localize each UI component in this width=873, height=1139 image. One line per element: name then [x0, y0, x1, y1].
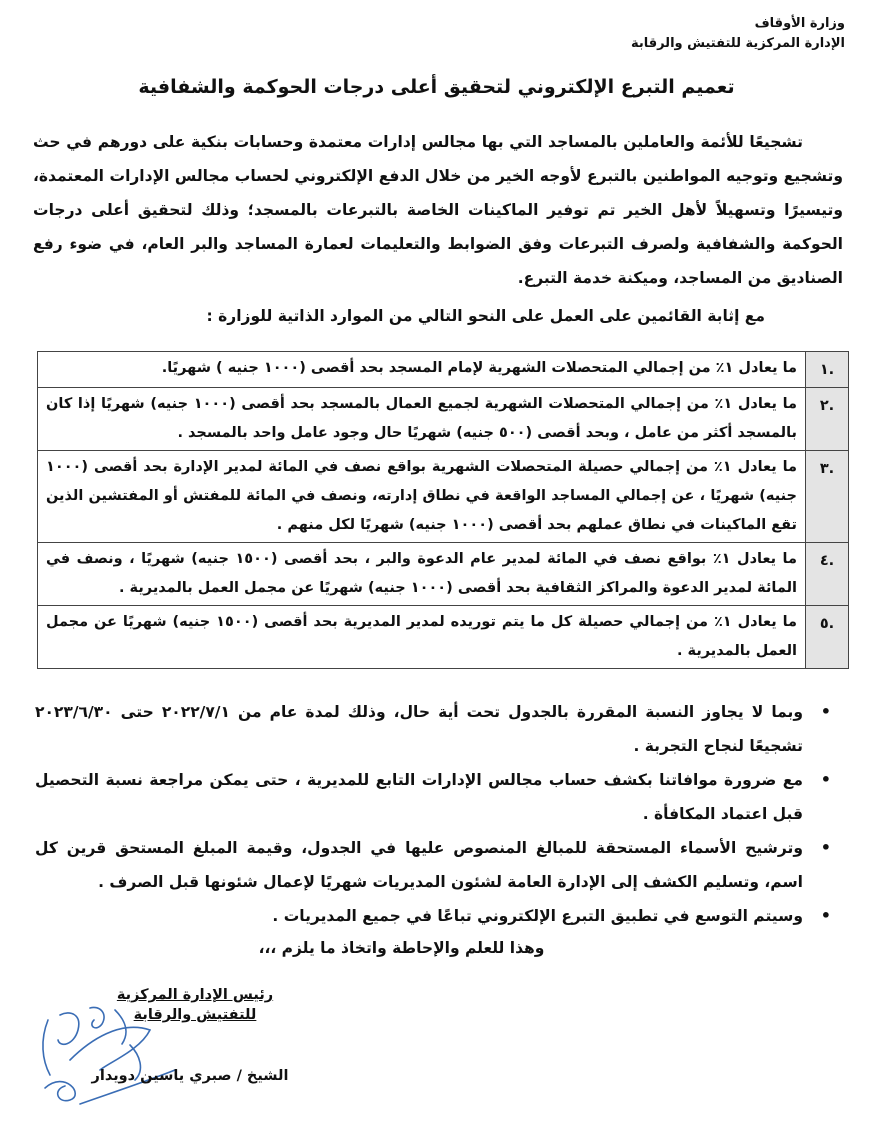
table-row: .٢ ما يعادل ١٪ من إجمالي المتحصلات الشهر…: [38, 388, 849, 451]
closing-line: وهذا للعلم والإحاطة واتخاذ ما يلزم ،،،: [0, 939, 873, 957]
row-text: ما يعادل ١٪ من إجمالي حصيلة المتحصلات ال…: [38, 451, 806, 543]
list-item: • وبما لا يجاوز النسبة المقررة بالجدول ت…: [35, 695, 835, 763]
row-text: ما يعادل ١٪ من إجمالي حصيلة كل ما يتم تو…: [38, 606, 806, 669]
table-row: .١ ما يعادل ١٪ من إجمالي المتحصلات الشهر…: [38, 352, 849, 388]
incentive-table: .١ ما يعادل ١٪ من إجمالي المتحصلات الشهر…: [37, 351, 849, 669]
row-text: ما يعادل ١٪ من إجمالي المتحصلات الشهرية …: [38, 352, 806, 388]
document-title: تعميم التبرع الإلكتروني لتحقيق أعلى درجا…: [0, 76, 873, 98]
conditions-list: • وبما لا يجاوز النسبة المقررة بالجدول ت…: [35, 695, 835, 933]
row-number: .٥: [806, 606, 849, 669]
row-text: ما يعادل ١٪ من إجمالي المتحصلات الشهرية …: [38, 388, 806, 451]
row-number: .٣: [806, 451, 849, 543]
list-item: • وسيتم التوسع في تطبيق التبرع الإلكترون…: [35, 899, 835, 933]
row-text: ما يعادل ١٪ بواقع نصف في المائة لمدير عا…: [38, 543, 806, 606]
row-number: .٤: [806, 543, 849, 606]
list-item-text: وبما لا يجاوز النسبة المقررة بالجدول تحت…: [35, 703, 803, 755]
letterhead: وزارة الأوقاف الإدارة المركزية للتفتيش و…: [631, 14, 845, 54]
handwritten-signature-icon: [30, 1000, 180, 1110]
ministry-name: وزارة الأوقاف: [631, 14, 845, 34]
list-item-text: وترشيح الأسماء المستحقة للمبالغ المنصوص …: [35, 839, 803, 891]
bullet-icon: •: [821, 763, 831, 797]
intro-paragraph: تشجيعًا للأئمة والعاملين بالمساجد التي ب…: [33, 125, 843, 295]
table-row: .٥ ما يعادل ١٪ من إجمالي حصيلة كل ما يتم…: [38, 606, 849, 669]
list-item: • مع ضرورة موافاتنا بكشف حساب مجالس الإد…: [35, 763, 835, 831]
bullet-icon: •: [821, 831, 831, 865]
table-row: .٣ ما يعادل ١٪ من إجمالي حصيلة المتحصلات…: [38, 451, 849, 543]
list-item: • وترشيح الأسماء المستحقة للمبالغ المنصو…: [35, 831, 835, 899]
bullet-icon: •: [821, 695, 831, 729]
signatory-name: الشيخ / صبري ياسين دويدار: [60, 1068, 320, 1084]
department-name: الإدارة المركزية للتفتيش والرقابة: [631, 34, 845, 54]
bullet-icon: •: [821, 899, 831, 933]
row-number: .٢: [806, 388, 849, 451]
table-row: .٤ ما يعادل ١٪ بواقع نصف في المائة لمدير…: [38, 543, 849, 606]
list-item-text: مع ضرورة موافاتنا بكشف حساب مجالس الإدار…: [35, 771, 803, 823]
intro-lead-in: مع إثابة القائمين على العمل على النحو ال…: [207, 307, 765, 325]
row-number: .١: [806, 352, 849, 388]
list-item-text: وسيتم التوسع في تطبيق التبرع الإلكتروني …: [272, 907, 803, 925]
